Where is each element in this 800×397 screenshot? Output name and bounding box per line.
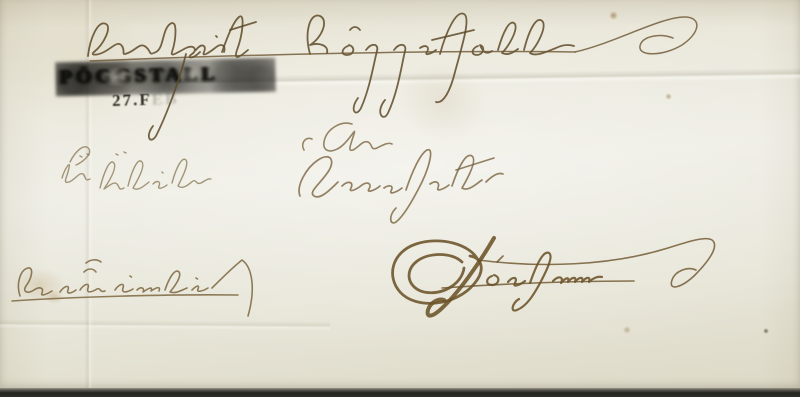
header-handwriting	[88, 14, 574, 140]
scan-background-edge	[0, 388, 800, 397]
address-line1-handwriting	[62, 147, 211, 189]
salutation-handwriting	[303, 123, 392, 151]
address-line2-handwriting	[299, 150, 503, 223]
destination-handwriting	[393, 238, 715, 316]
handwriting-layer	[0, 0, 800, 390]
endorsement-handwriting	[12, 260, 252, 316]
letter-cover-photo: PÖGGSTALL 27.FEB	[0, 0, 800, 397]
letter-paper: PÖGGSTALL 27.FEB	[0, 0, 800, 390]
header-underline-flourish	[90, 17, 697, 61]
